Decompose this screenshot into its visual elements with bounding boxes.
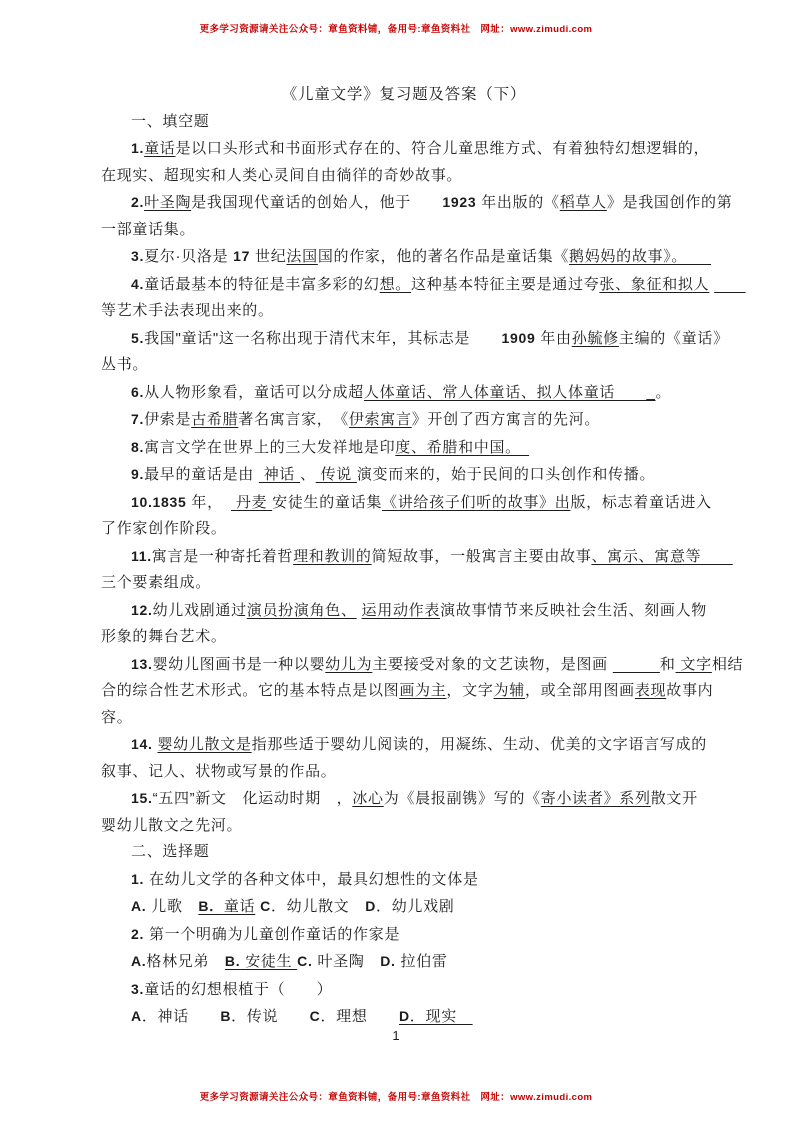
doc-line: 叙事、记人、状物或写景的作品。	[101, 759, 707, 786]
underlined-text: 张、象征和拟人	[599, 276, 709, 293]
doc-line: 11.寓言是一种寄托着哲理和教训的简短故事，一般寓言主要由故事、寓示、寓意等	[101, 543, 707, 571]
text-run: C	[260, 898, 271, 914]
text-run: 3.	[131, 981, 144, 997]
underlined-text	[714, 276, 745, 293]
text-run: 这种基本特征主要是通过夸	[411, 276, 599, 293]
text-run: 散文开	[651, 790, 698, 807]
text-run: ．神话	[142, 1008, 221, 1025]
text-run: 童话最基本的特征是丰富多彩的幻	[144, 276, 380, 293]
text-run: 形象的舞台艺术。	[101, 628, 227, 645]
text-run: ，或全部用图画	[525, 682, 635, 699]
underlined-text: 孙毓修	[572, 330, 619, 347]
text-run: 主要接受对象的文艺读物，是图画	[372, 656, 612, 673]
doc-line: 3.夏尔·贝洛是 17 世纪法国国的作家，他的著名作品是童话集《鹅妈妈的故事》。	[101, 243, 707, 271]
text-run: 第一个明确为儿童创作童话的作家是	[144, 926, 400, 943]
text-run: 婴幼儿散文之先河。	[101, 817, 242, 834]
text-run: 8.	[131, 439, 144, 455]
text-run: D	[365, 898, 376, 914]
doc-line: 1. 在幼儿文学的各种文体中，最具幻想性的文体是	[101, 866, 707, 894]
text-run: 年，	[187, 494, 231, 511]
text-run: 、	[300, 466, 316, 483]
text-run: 安徒生的童话集	[272, 494, 382, 511]
text-run: 婴幼儿图画书是一种以婴	[153, 656, 326, 673]
doc-line: 合的综合性艺术形式。它的基本特点是以图画为主，文字为辅，或全部用图画表现故事内	[101, 678, 707, 705]
document-page: 更多学习资源请关注公众号：章鱼资料铺，备用号:章鱼资料社 网址：www.zimu…	[0, 0, 792, 1122]
underlined-text: 叶圣陶	[144, 194, 191, 211]
text-run: 容。	[101, 709, 132, 726]
text-run: 夏尔·贝洛是	[144, 248, 233, 265]
text-run: 年由	[535, 330, 571, 347]
header-promo-text: 更多学习资源请关注公众号：章鱼资料铺，备用号:章鱼资料社 网址：www.zimu…	[0, 21, 792, 35]
doc-line: 一、填空题	[101, 109, 707, 136]
underlined-text: 古希腊	[191, 411, 238, 428]
underlined-text: 演员扮演角色、	[247, 602, 357, 619]
text-run: 格林兄弟	[146, 953, 225, 970]
text-run: 寓言是一种寄托着哲	[152, 548, 293, 565]
text-run: 13.	[131, 656, 153, 672]
doc-line: A.格林兄弟 B. 安徒生 C. 叶圣陶 D. 拉伯雷	[101, 948, 707, 976]
text-run: 是以口头形式和书面形式存在的、符合儿童思维方式、有着独特幻想逻辑的，	[175, 140, 709, 157]
text-run: 童话的幻想根植于（ ）	[144, 981, 332, 998]
text-run: 国的作家，他的著名作品是童话集《	[318, 248, 569, 265]
text-run: 儿歌	[146, 898, 198, 915]
text-run: 3.	[131, 248, 144, 264]
underlined-text: 理和教训的	[293, 548, 372, 565]
text-run: 丛书。	[101, 356, 148, 373]
doc-line: 3.童话的幻想根植于（ ）	[101, 976, 707, 1004]
text-run: 年出版的《	[476, 194, 559, 211]
text-run: 9.	[131, 466, 144, 482]
text-run: B	[220, 1008, 231, 1024]
text-run: 演变而来的，始于民间的口头创作和传播。	[357, 466, 655, 483]
doc-lines: 一、填空题1.童话是以口头形式和书面形式存在的、符合儿童思维方式、有着独特幻想逻…	[101, 109, 707, 1031]
text-run: 1909	[502, 330, 536, 346]
underlined-text: 幼儿为	[325, 656, 372, 673]
underlined-text: 寄小读者》系列	[541, 790, 651, 807]
doc-line: 形象的舞台艺术。	[101, 624, 707, 651]
text-run: 1.	[131, 140, 144, 156]
doc-line: 容。	[101, 705, 707, 732]
doc-line: 14. 婴幼儿散文是指那些适于婴幼儿阅读的，用凝练、生动、优美的文字语言写成的	[101, 731, 707, 759]
text-run: 是我国现代童话的创始人，他于	[191, 194, 442, 211]
text-run: 等艺术手法表现出来的。	[101, 302, 274, 319]
doc-line: 10.1835 年， 丹麦 安徒生的童话集《讲给孩子们听的故事》出版，标志着童话…	[101, 489, 707, 517]
underlined-text: 稻草人	[560, 194, 607, 211]
text-run: 10.1835	[131, 494, 187, 510]
underlined-text: B.	[225, 953, 240, 969]
text-run: 简短故事，一般寓言主要由故事	[372, 548, 592, 565]
doc-line: 2. 第一个明确为儿童创作童话的作家是	[101, 921, 707, 949]
text-run: 2.	[131, 194, 144, 210]
text-run: ．幼儿戏剧	[376, 898, 455, 915]
text-run: “五四”新文 化运动时期 ，	[153, 790, 353, 807]
text-run: 主编的《童话》	[619, 330, 729, 347]
text-run: 14.	[131, 736, 153, 752]
doc-line: 4.童话最基本的特征是丰富多彩的幻想。这种基本特征主要是通过夸张、象征和拟人	[101, 271, 707, 299]
doc-line: A．神话 B．传说 C．理想 D．现实	[101, 1003, 707, 1031]
text-run: 二、选择题	[131, 843, 210, 860]
underlined-text: ．现实	[410, 1008, 473, 1025]
underlined-text: 神话	[259, 466, 300, 483]
text-run: 了作家创作阶段。	[101, 520, 227, 537]
text-run: 4.	[131, 276, 144, 292]
underlined-text	[613, 656, 660, 673]
doc-line: 5.我国"童话"这一名称出现于清代末年，其标志是 1909 年由孙毓修主编的《童…	[101, 325, 707, 353]
text-run: 三个要素组成。	[101, 574, 211, 591]
text-run: D.	[380, 953, 395, 969]
underlined-text: 婴幼儿散文是	[157, 736, 251, 753]
page-number: 1	[0, 1028, 792, 1043]
text-run: 17	[233, 248, 250, 264]
text-run: 15.	[131, 790, 153, 806]
doc-line: 1.童话是以口头形式和书面形式存在的、符合儿童思维方式、有着独特幻想逻辑的，	[101, 135, 707, 163]
underlined-text: 伊索寓言	[349, 411, 412, 428]
text-run: C	[310, 1008, 321, 1024]
text-run: 故事内	[666, 682, 713, 699]
text-run: 和	[660, 656, 676, 673]
underlined-text: 童话	[144, 140, 175, 157]
text-run: ．理想	[320, 1008, 399, 1025]
document-content: 《儿童文学》复习题及答案（下） 一、填空题1.童话是以口头形式和书面形式存在的、…	[101, 82, 707, 1031]
underlined-text: 传说	[316, 466, 357, 483]
doc-line: 6.从人物形象看，童话可以分成超人体童话、常人体童话、拟人体童话 _。	[101, 379, 707, 407]
doc-line: 等艺术手法表现出来的。	[101, 298, 707, 325]
doc-line: 二、选择题	[101, 839, 707, 866]
footer-promo-text: 更多学习资源请关注公众号：章鱼资料铺，备用号:章鱼资料社 网址：www.zimu…	[0, 1089, 792, 1103]
underlined-text: 人体童话、常人体童话、拟人体童话 _	[364, 384, 656, 401]
text-run: 拉伯雷	[396, 953, 448, 970]
underlined-text: 画为主	[399, 682, 446, 699]
text-run: A.	[131, 953, 146, 969]
underlined-text: 为辅	[494, 682, 525, 699]
underlined-text: 鹅妈妈的故事》。	[569, 248, 711, 265]
text-run: C.	[297, 953, 312, 969]
underlined-text: 冰心	[352, 790, 383, 807]
text-run: 世纪	[250, 248, 286, 265]
text-run: ．幼儿散文	[271, 898, 365, 915]
text-run: 1.	[131, 871, 144, 887]
text-run: 指那些适于婴幼儿阅读的，用凝练、生动、优美的文字语言写成的	[252, 736, 707, 753]
text-run: 叙事、记人、状物或写景的作品。	[101, 763, 337, 780]
doc-line: 婴幼儿散文之先河。	[101, 813, 707, 840]
doc-line: 8.寓言文学在世界上的三大发祥地是印度、希腊和中国。	[101, 434, 707, 462]
text-run: 在幼儿文学的各种文体中，最具幻想性的文体是	[144, 871, 479, 888]
doc-line: A. 儿歌 B．童话 C．幼儿散文 D．幼儿戏剧	[101, 893, 707, 921]
text-run: 我国"童话"这一名称出现于清代末年，其标志是	[144, 330, 501, 347]
doc-line: 三个要素组成。	[101, 570, 707, 597]
text-run: 一、填空题	[131, 113, 210, 130]
text-run: 为《晨报副镌》写的《	[384, 790, 541, 807]
text-run: A	[131, 1008, 142, 1024]
underlined-text: 、寓示、寓意等	[591, 548, 732, 565]
text-run: 12.	[131, 602, 153, 618]
doc-line: 12.幼儿戏剧通过演员扮演角色、 运用动作表演故事情节来反映社会生活、刻画人物	[101, 597, 707, 625]
text-run: 著名寓言家， 《	[238, 411, 349, 428]
text-run: 相结	[712, 656, 743, 673]
text-run: 伊索是	[144, 411, 191, 428]
doc-line: 15.“五四”新文 化运动时期 ，冰心为《晨报副镌》写的《寄小读者》系列散文开	[101, 785, 707, 813]
doc-line: 丛书。	[101, 352, 707, 379]
doc-line: 一部童话集。	[101, 217, 707, 244]
underlined-text: 童话	[224, 898, 255, 915]
text-run: ．传说	[231, 1008, 310, 1025]
underlined-text: D	[399, 1008, 410, 1024]
text-run: 2.	[131, 926, 144, 942]
doc-line: 7.伊索是古希腊著名寓言家， 《伊索寓言》开创了西方寓言的先河。	[101, 406, 707, 434]
text-run: ，文字	[446, 682, 493, 699]
doc-line: 了作家创作阶段。	[101, 516, 707, 543]
text-run: 6.	[131, 384, 144, 400]
underlined-text: 想。	[380, 276, 411, 293]
underlined-text: 法国	[286, 248, 317, 265]
text-run: 11.	[131, 548, 152, 564]
text-run: 寓言文学在世界上的三大发祥地是印	[144, 439, 395, 456]
text-run: 幼儿戏剧通过	[153, 602, 247, 619]
underlined-text: 文字	[676, 656, 712, 673]
text-run: A.	[131, 898, 146, 914]
text-run: 7.	[131, 411, 144, 427]
text-run: 1923	[442, 194, 476, 210]
text-run: 最早的童话是由	[144, 466, 259, 483]
underlined-text: 丹麦	[231, 494, 272, 511]
doc-line: 在现实、超现实和人类心灵间自由徜徉的奇妙故事。	[101, 163, 707, 190]
doc-line: 9.最早的童话是由 神话 、 传说 演变而来的，始于民间的口头创作和传播。	[101, 461, 707, 489]
underlined-text: 《讲给孩子们听的故事》出	[382, 494, 570, 511]
underlined-text: B．	[198, 898, 224, 914]
text-run: 在现实、超现实和人类心灵间自由徜徉的奇妙故事。	[101, 167, 462, 184]
doc-line: 13.婴幼儿图画书是一种以婴幼儿为主要接受对象的文艺读物，是图画 和 文字相结	[101, 651, 707, 679]
text-run: 》是我国创作的第	[607, 194, 733, 211]
page-title: 《儿童文学》复习题及答案（下）	[101, 82, 707, 109]
text-run: 》开创了西方寓言的先河。	[412, 411, 600, 428]
underlined-text: 表现	[635, 682, 666, 699]
underlined-text: 运用动作表	[362, 602, 441, 619]
text-run: 从人物形象看，童话可以分成超	[144, 384, 364, 401]
underlined-text: 安徒生	[240, 953, 297, 970]
text-run: 。	[656, 384, 672, 401]
text-run: 合的综合性艺术形式。它的基本特点是以图	[101, 682, 399, 699]
text-run: 一部童话集。	[101, 221, 195, 238]
text-run: 叶圣陶	[313, 953, 381, 970]
underlined-text: 度、希腊和中国。	[395, 439, 529, 456]
text-run: 演故事情节来反映社会生活、刻画人物	[440, 602, 707, 619]
doc-line: 2.叶圣陶是我国现代童话的创始人，他于 1923 年出版的《稻草人》是我国创作的…	[101, 189, 707, 217]
text-run: 5.	[131, 330, 144, 346]
text-run: 版，标志着童话进入	[570, 494, 711, 511]
